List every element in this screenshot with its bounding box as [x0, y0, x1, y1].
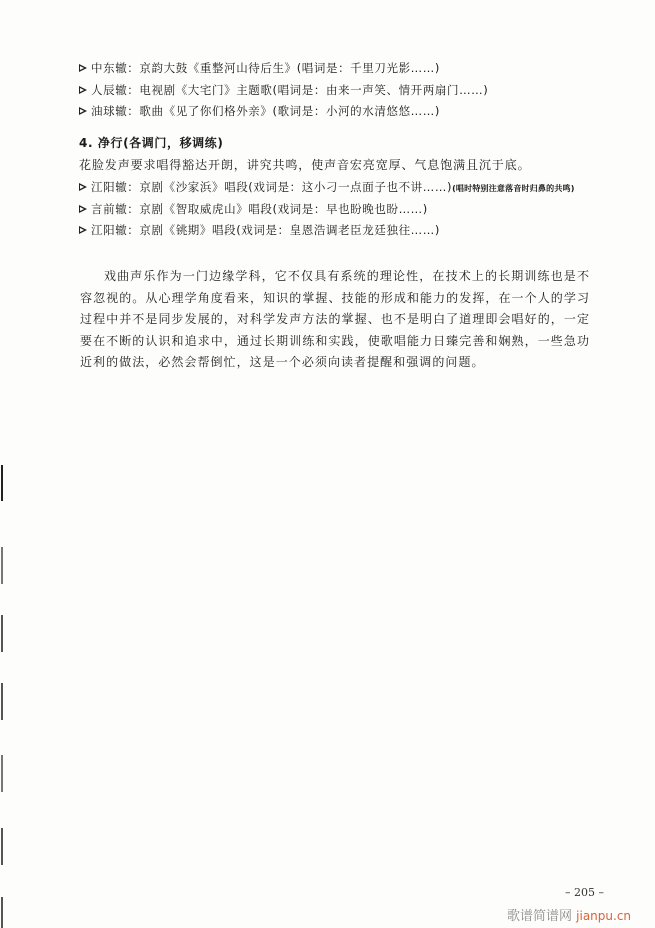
triangle-bullet-icon [79, 205, 87, 213]
section-heading: 4. 净行(各调门，移调练) [79, 136, 223, 150]
scan-edge-mark [1, 465, 3, 501]
scan-edge-mark [1, 547, 3, 584]
list-item: 言前辙：京剧《智取威虎山》唱段(戏词是：早也盼晚也盼……) [79, 202, 428, 216]
triangle-bullet-icon [79, 107, 87, 115]
section-intro: 花脸发声要求唱得豁达开朗，讲究共鸣，使声音宏亮宽厚、气息饱满且沉于底。 [79, 158, 531, 172]
triangle-bullet-icon [79, 226, 87, 234]
scan-edge-mark [1, 755, 3, 792]
page-number: – 205 – [565, 886, 604, 899]
item-note: (唱时特别注意落音时归鼻的共鸣) [452, 184, 575, 193]
scan-edge-mark [1, 683, 3, 720]
list-item: 油球辙：歌曲《见了你们格外亲》(歌词是：小河的水清悠悠……) [79, 104, 440, 118]
body-paragraph: 戏曲声乐作为一门边缘学科，它不仅具有系统的理论性，在技术上的长期训练也是不容忽视… [80, 266, 590, 374]
scan-edge-mark [1, 828, 3, 865]
triangle-bullet-icon [79, 86, 87, 94]
triangle-bullet-icon [79, 64, 87, 72]
triangle-bullet-icon [79, 183, 87, 191]
scan-edge-mark [1, 897, 3, 928]
watermark: 歌谱简谱网 jianpu.cn [507, 905, 631, 924]
list-item: 中东辙：京韵大鼓《重整河山待后生》(唱词是：千里刀光影……) [79, 61, 440, 75]
list-item: 江阳辙：京剧《沙家浜》唱段(戏词是：这小刁一点面子也不讲……)(唱时特别注意落音… [79, 180, 575, 196]
scan-edge-mark [1, 615, 3, 652]
list-item: 人辰辙：电视剧《大宅门》主题歌(唱词是：由来一声笑、情开两扇门……) [79, 83, 488, 97]
list-item: 江阳辙：京剧《铫期》唱段(戏词是：皇恩浩调老臣龙廷独往……) [79, 223, 440, 237]
